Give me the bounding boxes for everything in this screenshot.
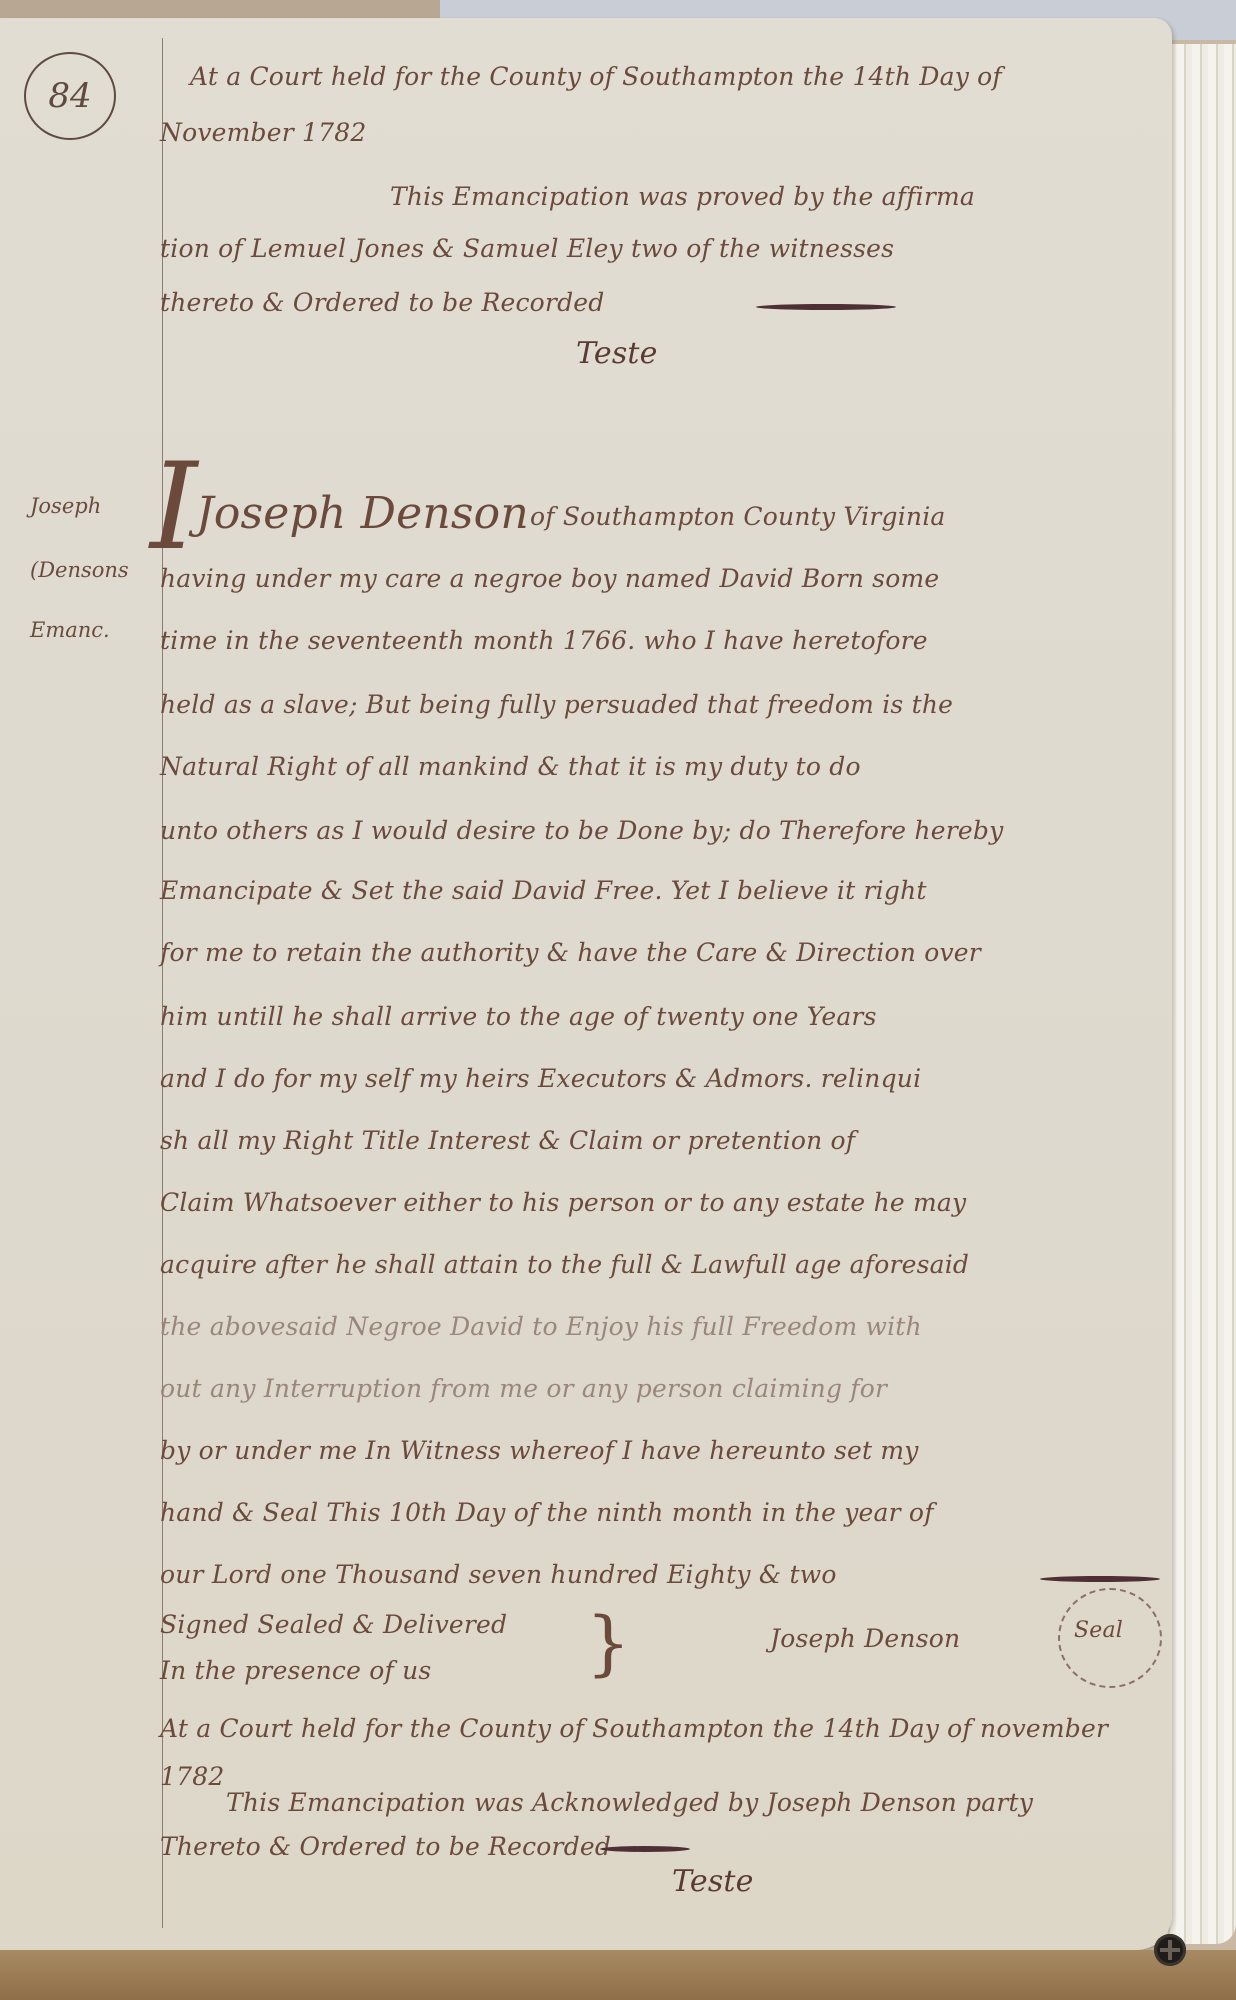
deed-line: Emancipate & Set the said David Free. Ye… (160, 876, 927, 905)
margin-note: (Densons (30, 558, 129, 582)
deed-line: the abovesaid Negroe David to Enjoy his … (160, 1312, 922, 1341)
court-entry-line: 1782 (160, 1762, 224, 1791)
witness-clause: In the presence of us (160, 1656, 431, 1685)
deed-line: out any Interruption from me or any pers… (160, 1374, 887, 1403)
teste-label: Teste (576, 336, 658, 371)
deed-line: having under my care a negroe boy named … (160, 564, 939, 593)
desk-surface (0, 1950, 1236, 2000)
deed-initial: I (150, 438, 197, 577)
court-entry-line: Thereto & Ordered to be Recorded (160, 1832, 611, 1861)
deed-line: acquire after he shall attain to the ful… (160, 1250, 969, 1279)
deed-line: hand & Seal This 10th Day of the ninth m… (160, 1498, 934, 1527)
teste-label: Teste (672, 1864, 754, 1899)
deed-line: our Lord one Thousand seven hundred Eigh… (160, 1560, 837, 1589)
seal-label: Seal (1074, 1618, 1123, 1643)
deed-line: Claim Whatsoever either to his person or… (160, 1188, 966, 1217)
prior-entry-line: thereto & Ordered to be Recorded (160, 288, 605, 317)
prior-entry-line: This Emancipation was proved by the affi… (390, 182, 975, 211)
deed-line: sh all my Right Title Interest & Claim o… (160, 1126, 855, 1155)
prior-entry-line: tion of Lemuel Jones & Samuel Eley two o… (160, 234, 894, 263)
manuscript-page: 84 At a Court held for the County of Sou… (0, 18, 1172, 1950)
deed-line: and I do for my self my heirs Executors … (160, 1064, 921, 1093)
deed-grantor-name: Joseph Denson (196, 488, 529, 539)
deed-line: him untill he shall arrive to the age of… (160, 1002, 877, 1031)
brace-mark: } (586, 1602, 631, 1684)
court-entry-line: At a Court held for the County of Southa… (160, 1714, 1108, 1743)
flourish-line (600, 1846, 690, 1852)
deed-line: Natural Right of all mankind & that it i… (160, 752, 861, 781)
folio-number: 84 (24, 52, 116, 140)
deed-line: time in the seventeenth month 1766. who … (160, 626, 928, 655)
flourish-line (756, 304, 896, 310)
signature: Joseph Denson (770, 1624, 960, 1653)
screw-icon (1154, 1934, 1186, 1966)
deed-line: of Southampton County Virginia (530, 502, 946, 531)
margin-note: Emanc. (30, 618, 110, 642)
deed-line: unto others as I would desire to be Done… (160, 816, 1003, 845)
flourish-line (1040, 1576, 1160, 1582)
court-entry-line: This Emancipation was Acknowledged by Jo… (226, 1788, 1033, 1817)
prior-entry-line: At a Court held for the County of Southa… (190, 62, 1002, 91)
margin-rule (162, 38, 163, 1928)
deed-line: by or under me In Witness whereof I have… (160, 1436, 919, 1465)
margin-note: Joseph (30, 494, 101, 518)
deed-line: held as a slave; But being fully persuad… (160, 690, 953, 719)
witness-clause: Signed Sealed & Delivered (160, 1610, 507, 1639)
prior-entry-line: November 1782 (160, 118, 366, 147)
deed-line: for me to retain the authority & have th… (160, 938, 981, 967)
